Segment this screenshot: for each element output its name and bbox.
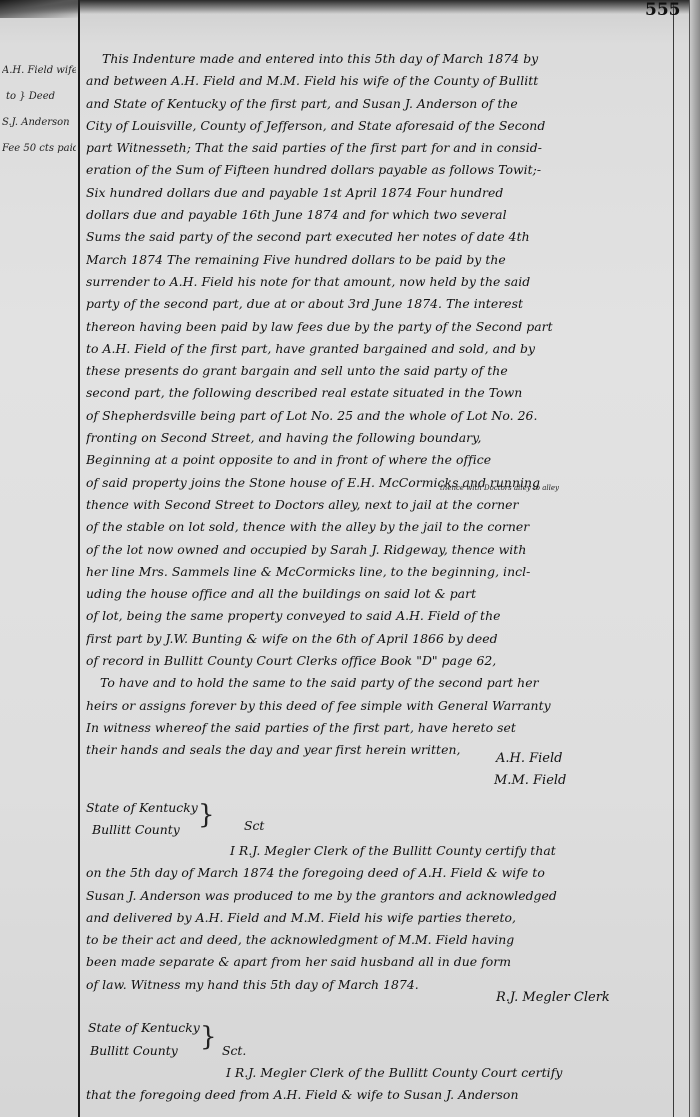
deed-line: thereon having been paid by law fees due… xyxy=(86,316,668,338)
page-edge-shadow xyxy=(690,0,700,1117)
deed-body: This Indenture made and entered into thi… xyxy=(86,48,668,762)
deed-line: Sums the said party of the second part e… xyxy=(86,226,668,248)
certificate-2-body: I R.J. Megler Clerk of the Bullitt Count… xyxy=(86,1062,668,1107)
deed-line: of record in Bullitt County Court Clerks… xyxy=(86,650,668,672)
venue-county: Bullitt County xyxy=(92,822,180,837)
margin-note-grantor: A.H. Field wife xyxy=(2,58,76,84)
venue-sct-2: Sct. xyxy=(222,1043,246,1058)
deed-line: Beginning at a point opposite to and in … xyxy=(86,449,668,471)
margin-note-grantee: S.J. Anderson xyxy=(2,110,76,136)
cert-line: I R.J. Megler Clerk of the Bullitt Count… xyxy=(86,840,668,862)
deed-line: City of Louisville, County of Jefferson,… xyxy=(86,115,668,137)
venue-state-2: State of Kentucky xyxy=(88,1020,200,1035)
signature-ah-field: A.H. Field xyxy=(496,751,562,766)
venue-brace-2: } xyxy=(200,1022,217,1052)
deed-line: of the stable on lot sold, thence with t… xyxy=(86,516,668,538)
deed-line: uding the house office and all the build… xyxy=(86,583,668,605)
deed-line: March 1874 The remaining Five hundred do… xyxy=(86,249,668,271)
cert-line: and delivered by A.H. Field and M.M. Fie… xyxy=(86,907,668,929)
deed-line: thence with Second Street to Doctors all… xyxy=(86,494,668,516)
deed-line: these presents do grant bargain and sell… xyxy=(86,360,668,382)
deed-line: of lot, being the same property conveyed… xyxy=(86,605,668,627)
signature-mm-field: M.M. Field xyxy=(494,773,566,788)
margin-index-notes: A.H. Field wife to } Deed S.J. Anderson … xyxy=(2,58,76,162)
clerk-signature: R.J. Megler Clerk xyxy=(496,990,610,1005)
deed-line: and State of Kentucky of the first part,… xyxy=(86,93,668,115)
deed-line: second part, the following described rea… xyxy=(86,382,668,404)
page-number: 555 xyxy=(645,0,681,20)
page-top-shadow xyxy=(0,0,700,14)
cert-line: on the 5th day of March 1874 the foregoi… xyxy=(86,862,668,884)
deed-line: This Indenture made and entered into thi… xyxy=(86,48,668,70)
deed-line: of the lot now owned and occupied by Sar… xyxy=(86,539,668,561)
venue-county-2: Bullitt County xyxy=(90,1043,178,1058)
deed-line: to A.H. Field of the first part, have gr… xyxy=(86,338,668,360)
deed-line: of Shepherdsville being part of Lot No. … xyxy=(86,405,668,427)
cert-line: been made separate & apart from her said… xyxy=(86,951,668,973)
deed-line: and between A.H. Field and M.M. Field hi… xyxy=(86,70,668,92)
margin-rule-line xyxy=(78,0,80,1117)
deed-line: of said property joins the Stone house o… xyxy=(86,472,668,494)
deed-line: party of the second part, due at or abou… xyxy=(86,293,668,315)
cert-line: to be their act and deed, the acknowledg… xyxy=(86,929,668,951)
deed-line: first part by J.W. Bunting & wife on the… xyxy=(86,628,668,650)
interlineation-note: thence with Doctors alley to alley xyxy=(440,484,559,492)
deed-line: Six hundred dollars due and payable 1st … xyxy=(86,182,668,204)
deed-line: fronting on Second Street, and having th… xyxy=(86,427,668,449)
deed-line: heirs or assigns forever by this deed of… xyxy=(86,695,668,717)
page-curl-shadow xyxy=(0,0,80,18)
cert-line: Susan J. Anderson was produced to me by … xyxy=(86,885,668,907)
deed-line: dollars due and payable 16th June 1874 a… xyxy=(86,204,668,226)
margin-note-deed: to } Deed xyxy=(2,84,76,110)
certificate-1-body: I R.J. Megler Clerk of the Bullitt Count… xyxy=(86,840,668,996)
venue-brace: } xyxy=(198,800,215,830)
ledger-page: 555 A.H. Field wife to } Deed S.J. Ander… xyxy=(0,0,700,1117)
deed-line: surrender to A.H. Field his note for tha… xyxy=(86,271,668,293)
cert-line: I R.J. Megler Clerk of the Bullitt Count… xyxy=(86,1062,668,1084)
right-rule-line xyxy=(673,0,674,1117)
deed-line: part Witnesseth; That the said parties o… xyxy=(86,137,668,159)
deed-line: In witness whereof the said parties of t… xyxy=(86,717,668,739)
deed-line: her line Mrs. Sammels line & McCormicks … xyxy=(86,561,668,583)
venue-sct: Sct xyxy=(244,818,264,833)
margin-note-fee: Fee 50 cts paid xyxy=(2,136,76,162)
deed-line: To have and to hold the same to the said… xyxy=(86,672,668,694)
venue-state: State of Kentucky xyxy=(86,800,198,815)
deed-line: eration of the Sum of Fifteen hundred do… xyxy=(86,159,668,181)
deed-line: their hands and seals the day and year f… xyxy=(86,739,668,761)
cert-line: that the foregoing deed from A.H. Field … xyxy=(86,1084,668,1106)
